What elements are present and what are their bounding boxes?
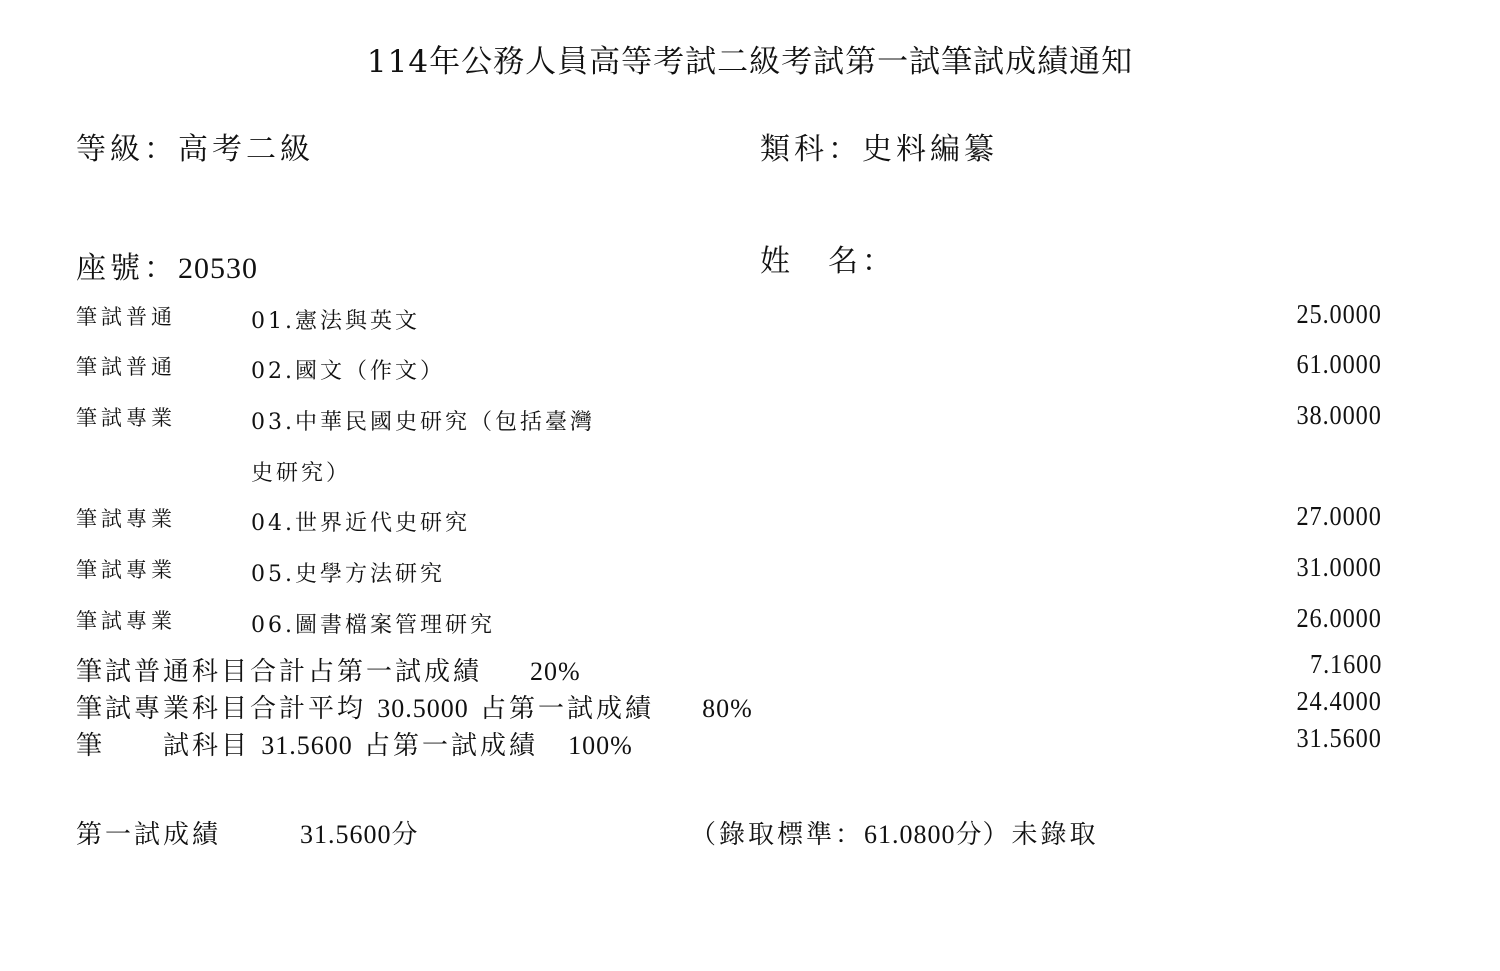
subject-name: 06.圖書檔案管理研究 [251, 608, 495, 639]
subject-score: 61.0000 [1297, 349, 1382, 380]
subject-name: 04.世界近代史研究 [251, 506, 470, 537]
summary-label: 筆試專業科目合計平均 [76, 694, 366, 724]
summary-weight: 80% [702, 694, 753, 723]
subject-score: 26.0000 [1297, 603, 1382, 634]
result-label: 第一試成績 [76, 814, 221, 851]
category-field: 類科：史料編纂 [760, 124, 998, 168]
subject-type: 筆試普通 [76, 301, 176, 331]
level-label: 等級： [76, 132, 178, 167]
summary-total: 筆 試科目 31.5600 占第一試成績100% [76, 725, 633, 762]
result-score: 31.5600分 [300, 814, 419, 851]
category-value: 史料編纂 [862, 132, 998, 167]
subject-name: 02.國文（作文） [251, 354, 445, 385]
summary-average: 31.5600 [261, 731, 353, 760]
subject-type: 筆試專業 [76, 605, 176, 635]
summary-value: 7.1600 [1310, 649, 1382, 680]
admission-standard: （錄取標準：61.0800分）未錄取 [690, 814, 1099, 851]
subject-score: 25.0000 [1297, 299, 1382, 330]
seat-field: 座號：20530 [76, 243, 258, 287]
level-field: 等級：高考二級 [76, 124, 314, 168]
seat-label: 座號： [76, 251, 178, 286]
summary-label: 筆 試科目 [76, 731, 250, 761]
standard-open: （錄取標準： [690, 820, 864, 850]
summary-average: 30.5000 [377, 694, 469, 723]
subject-name: 01.憲法與英文 [251, 304, 420, 335]
name-field: 姓 名： [760, 236, 956, 280]
name-value-redacted [896, 248, 956, 278]
subject-score: 31.0000 [1297, 552, 1382, 583]
subject-name-continued: 史研究） [251, 456, 351, 487]
summary-weight: 20% [530, 657, 581, 686]
name-label: 姓 名： [760, 244, 896, 279]
summary-label-2: 占第一試成績 [364, 731, 538, 761]
admission-status: 未錄取 [1012, 820, 1099, 850]
seat-value: 20530 [178, 252, 258, 285]
subject-type: 筆試普通 [76, 351, 176, 381]
subject-type: 筆試專業 [76, 554, 176, 584]
subject-score: 38.0000 [1297, 400, 1382, 431]
subject-type: 筆試專業 [76, 503, 176, 533]
summary-value: 24.4000 [1297, 686, 1382, 717]
document-title: 114年公務人員高等考試二級考試第一試筆試成績通知 [0, 36, 1500, 81]
subject-name: 03.中華民國史研究（包括臺灣 [251, 405, 595, 436]
summary-weight: 100% [568, 731, 633, 760]
summary-general: 筆試普通科目合計占第一試成績20% [76, 651, 581, 688]
summary-label: 筆試普通科目合計占第一試成績 [76, 657, 482, 687]
subject-score: 27.0000 [1297, 501, 1382, 532]
subject-type: 筆試專業 [76, 402, 176, 432]
category-label: 類科： [760, 132, 862, 167]
standard-value: 61.0800分 [864, 820, 983, 849]
summary-label-2: 占第一試成績 [480, 694, 654, 724]
subject-name: 05.史學方法研究 [251, 557, 445, 588]
summary-value: 31.5600 [1297, 723, 1382, 754]
standard-close: ） [983, 820, 1012, 850]
level-value: 高考二級 [178, 132, 314, 167]
summary-professional: 筆試專業科目合計平均 30.5000 占第一試成績80% [76, 688, 753, 725]
result-score-value: 31.5600分 [300, 820, 419, 849]
